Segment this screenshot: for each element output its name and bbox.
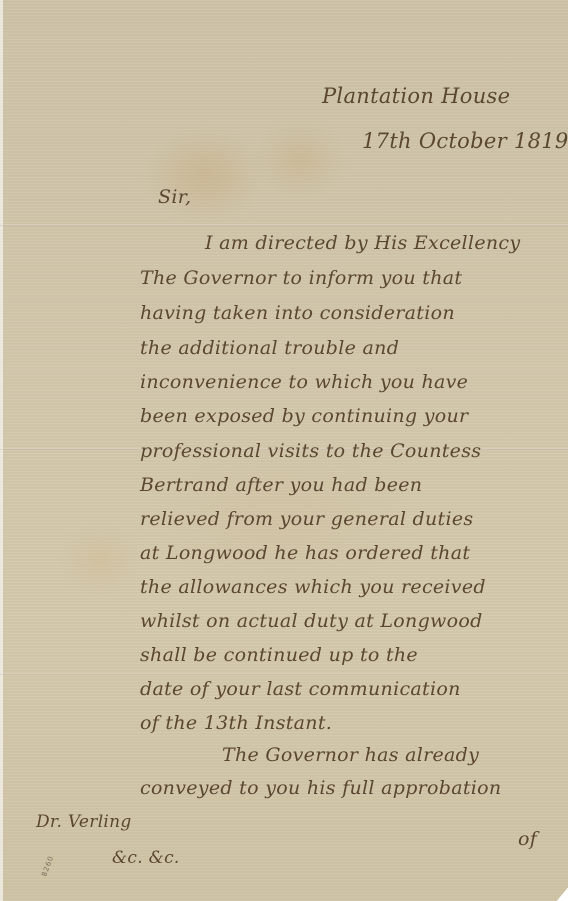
salutation: Sir,	[158, 186, 191, 208]
body-line: The Governor has already	[222, 744, 479, 766]
fold-line	[0, 673, 568, 675]
body-line: Bertrand after you had been	[140, 474, 422, 496]
body-line: professional visits to the Countess	[140, 440, 481, 462]
letter-place: Plantation House	[322, 84, 510, 108]
body-line: having taken into consideration	[140, 302, 455, 324]
body-line: the allowances which you received	[140, 576, 486, 598]
body-line: the additional trouble and	[140, 337, 399, 359]
fold-line	[0, 224, 568, 226]
body-line: I am directed by His Excellency	[205, 232, 520, 254]
body-line: The Governor to inform you that	[140, 267, 462, 289]
body-line: shall be continued up to the	[140, 644, 418, 666]
addressee-suffix: &c. &c.	[112, 848, 180, 868]
paper-edge	[0, 0, 3, 901]
body-line: whilst on actual duty at Longwood	[140, 610, 483, 632]
letter-date: 17th October 1819	[362, 129, 569, 153]
addressee-name: Dr. Verling	[36, 812, 132, 832]
body-line: date of your last communication	[140, 678, 461, 700]
body-line: been exposed by continuing your	[140, 405, 468, 427]
body-line: at Longwood he has ordered that	[140, 542, 470, 564]
body-line: inconvenience to which you have	[140, 371, 468, 393]
catchword: of	[518, 828, 537, 850]
body-line: relieved from your general duties	[140, 508, 473, 530]
body-line: conveyed to you his full approbation	[140, 777, 501, 799]
body-line: of the 13th Instant.	[140, 712, 332, 734]
